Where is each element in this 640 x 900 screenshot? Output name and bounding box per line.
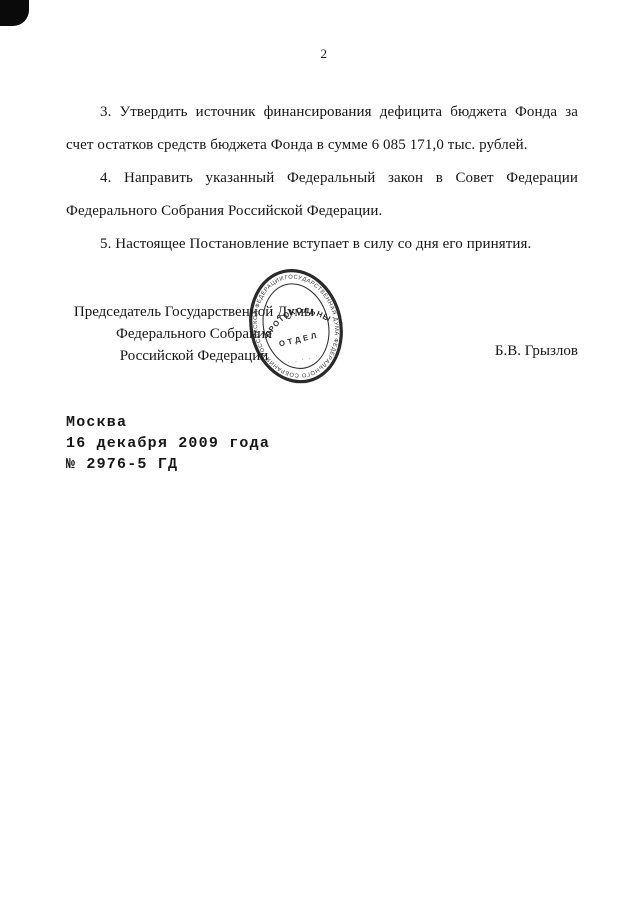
document-body: 3. Утвердить источник финансирования деф… <box>66 96 578 261</box>
paragraph-5: 5. Настоящее Постановление вступает в си… <box>66 228 578 261</box>
stamp-center-text: ОТДЕЛ <box>278 330 320 348</box>
scan-corner-artifact <box>0 0 29 26</box>
paragraph-4: 4. Направить указанный Федеральный закон… <box>66 162 578 228</box>
footer-city: Москва <box>66 412 270 433</box>
document-page: 2 3. Утвердить источник финансирования д… <box>0 0 640 900</box>
footer-block: Москва 16 декабря 2009 года № 2976-5 ГД <box>66 412 270 475</box>
paragraph-3: 3. Утвердить источник финансирования деф… <box>66 96 578 162</box>
page-number: 2 <box>0 46 640 62</box>
signatory-name: Б.В. Грызлов <box>495 340 578 362</box>
footer-doc-number: № 2976-5 ГД <box>66 454 270 475</box>
footer-date: 16 декабря 2009 года <box>66 433 270 454</box>
round-stamp: ГОСУДАРСТВЕННАЯ ДУМА ФЕДЕРАЛЬНОГО СОБРАН… <box>239 262 353 396</box>
